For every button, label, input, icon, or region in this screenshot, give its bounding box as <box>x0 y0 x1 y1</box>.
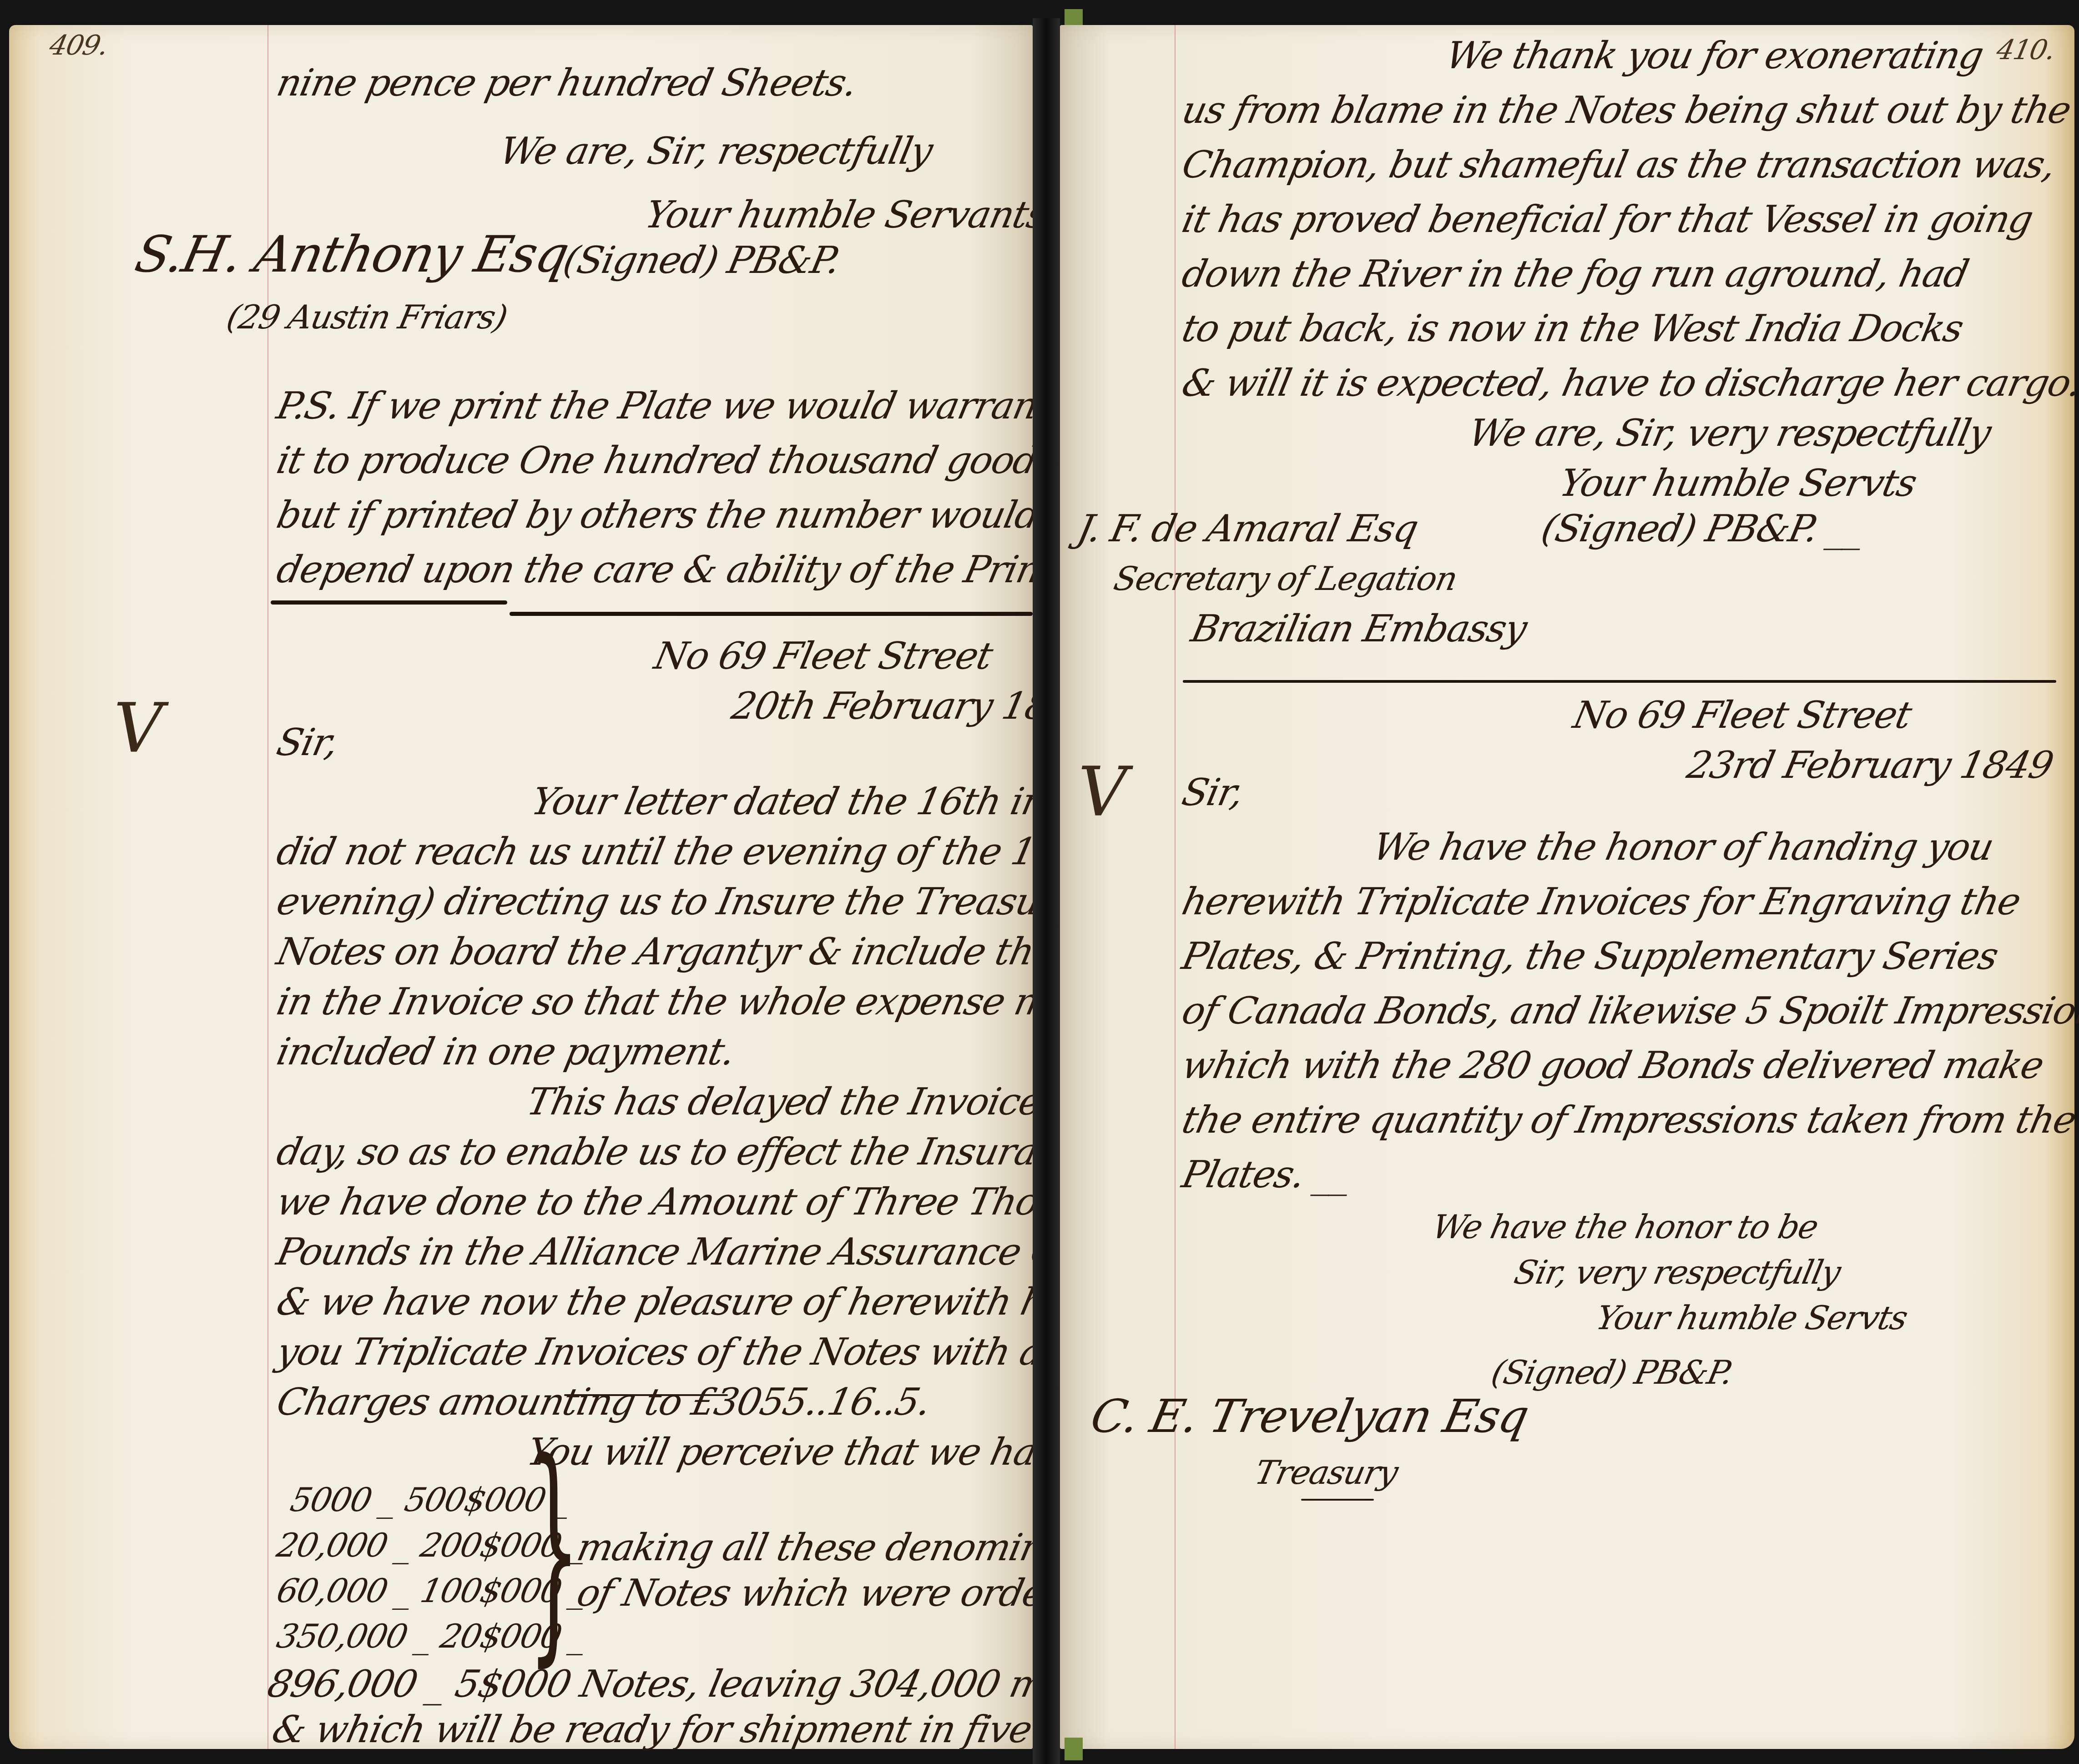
closing-line: We are, Sir, very respectfully <box>1465 412 1994 455</box>
body-line: the entire quantity of Impressions taken… <box>1178 1099 2079 1142</box>
addressee-embassy: Brazilian Embassy <box>1187 607 1530 650</box>
letter-date: 23rd February 1849 <box>1683 744 2057 787</box>
body-line: & will it is expected, have to discharge… <box>1178 362 2079 405</box>
book-gutter <box>1033 18 1060 1764</box>
bookmark-ribbon-bottom <box>1065 1738 1083 1760</box>
body-line: to put back, is now in the West India Do… <box>1178 307 1967 350</box>
addressee-address: (29 Austin Friars) <box>223 298 510 336</box>
closing-line: We have the honor to be <box>1429 1208 1821 1246</box>
total-line: & which will be ready for shipment in fi… <box>268 1708 1160 1751</box>
red-margin-rule <box>267 25 268 1749</box>
section-divider <box>510 612 1033 616</box>
signature: (Signed) PB&P. <box>560 239 843 282</box>
body-line: of Canada Bonds, and likewise 5 Spoilt I… <box>1178 989 2079 1033</box>
body-line: We thank you for exonerating <box>1442 34 1987 77</box>
margin-check-mark: V <box>114 689 163 768</box>
body-line: herewith Triplicate Invoices for Engravi… <box>1178 880 2024 923</box>
addressee-name: J. F. de Amaral Esq <box>1074 507 1422 550</box>
right-page: 410. We thank you for exonerating us fro… <box>1060 25 2074 1749</box>
sender-address: No 69 Fleet Street <box>651 635 996 678</box>
addressee-title: Secretary of Legation <box>1110 559 1460 598</box>
red-margin-rule <box>1175 25 1176 1749</box>
body-line: Plates. __ <box>1178 1153 1355 1196</box>
body-line: Charges amounting to £3055..16..5. <box>273 1381 934 1424</box>
left-page: 409. nine pence per hundred Sheets. We a… <box>9 25 1033 1749</box>
section-divider <box>1183 680 2056 683</box>
closing-line: Your humble Servts <box>1593 1299 1911 1337</box>
body-line: Champion, but shameful as the transactio… <box>1178 143 2059 186</box>
closing-line: Your humble Servts <box>1556 462 1920 505</box>
body-line: we have done to the Amount of Three Thou… <box>273 1180 1151 1224</box>
closing-line: Sir, very respectfully <box>1511 1253 1843 1291</box>
body-line: it has proved beneficial for that Vessel… <box>1178 198 2036 241</box>
letter-text-line: nine pence per hundred Sheets. <box>273 61 861 105</box>
body-line: down the River in the fog run aground, h… <box>1178 252 1972 296</box>
salutation: Sir, <box>1178 771 1247 814</box>
body-line: Plates, & Printing, the Supplementary Se… <box>1178 935 2002 978</box>
signature: (Signed) PB&P. <box>1488 1353 1736 1391</box>
margin-check-mark: V <box>1078 753 1127 832</box>
body-line: in the Invoice so that the whole expense… <box>273 980 1151 1023</box>
page-number: 409. <box>47 30 111 61</box>
body-line: This has delayed the Invoice one <box>523 1080 1122 1124</box>
body-line: you Triplicate Invoices of the Notes wit… <box>273 1331 1138 1374</box>
postscript-line: P.S. If we print the Plate we would warr… <box>273 384 1055 428</box>
page-number: 410. <box>1994 34 2058 66</box>
body-line: included in one payment. <box>273 1030 738 1074</box>
salutation: Sir, <box>273 721 342 764</box>
underline <box>1301 1499 1374 1501</box>
closing-line: We are, Sir, respectfully <box>496 130 936 173</box>
postscript-line: but if printed by others the number woul… <box>273 494 1043 537</box>
closing-line: Your humble Servants <box>641 193 1050 237</box>
signature: (Signed) PB&P. __ <box>1538 507 1868 550</box>
amount-strike <box>564 1394 728 1396</box>
body-line: us from blame in the Notes being shut ou… <box>1178 89 2074 132</box>
addressee-name: C. E. Trevelyan Esq <box>1086 1390 1533 1443</box>
body-line: evening) directing us to Insure the Trea… <box>273 880 1081 923</box>
section-divider <box>271 600 507 605</box>
sender-address: No 69 Fleet Street <box>1569 694 1915 737</box>
postscript-line: depend upon the care & ability of the Pr… <box>273 548 1104 591</box>
body-line: We have the honor of handing you <box>1369 826 1997 869</box>
addressee-department: Treasury <box>1251 1453 1401 1492</box>
addressee-name: S.H. Anthony Esq <box>130 225 573 283</box>
grouping-brace: } <box>528 1431 580 1667</box>
body-line: which with the 280 good Bonds delivered … <box>1178 1044 2047 1087</box>
